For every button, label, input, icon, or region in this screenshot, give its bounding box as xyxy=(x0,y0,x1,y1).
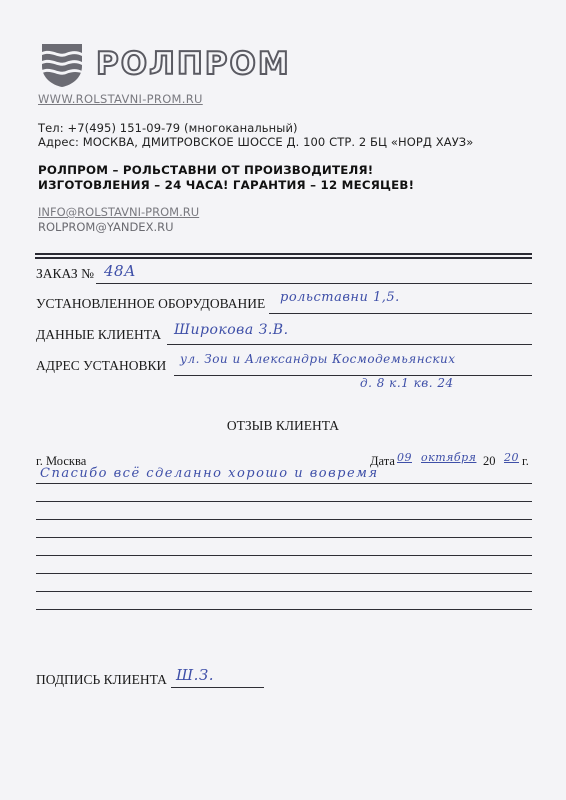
signature-value[interactable]: Ш.З. xyxy=(176,666,214,684)
shield-waves-icon xyxy=(40,42,84,88)
website-link[interactable]: WWW.ROLSTAVNI-PROM.RU xyxy=(38,92,203,106)
brand-logo-text: РОЛПРОМ xyxy=(96,44,291,84)
date-year-value[interactable]: 20 xyxy=(504,451,519,464)
phone-text: Тел: +7(495) 151-09-79 (многоканальный) xyxy=(38,121,298,135)
date-century-text: 20 xyxy=(483,454,496,469)
order-number-value[interactable]: 48А xyxy=(104,262,136,280)
review-line-7 xyxy=(36,591,532,592)
install-address-field-line xyxy=(174,375,532,376)
email-yandex-link[interactable]: ROLPROM@YANDEX.RU xyxy=(38,220,174,234)
date-day-value[interactable]: 09 xyxy=(397,451,412,464)
date-month-value[interactable]: октября xyxy=(421,451,476,464)
email-info-link[interactable]: INFO@ROLSTAVNI-PROM.RU xyxy=(38,205,199,219)
client-field-line xyxy=(167,344,532,345)
install-address-value-line-1[interactable]: ул. Зои и Александры Космодемьянских xyxy=(180,352,456,366)
order-label: ЗАКАЗ № xyxy=(36,266,94,282)
review-line-4 xyxy=(36,537,532,538)
review-text-value[interactable]: Спасибо всё сделанно хорошо и вовремя xyxy=(40,466,379,481)
client-label: ДАННЫЕ КЛИЕНТА xyxy=(36,327,161,343)
review-line-5 xyxy=(36,555,532,556)
client-value[interactable]: Широкова З.В. xyxy=(174,322,289,338)
review-line-2 xyxy=(36,501,532,502)
review-line-6 xyxy=(36,573,532,574)
signature-field-line xyxy=(171,687,264,688)
equipment-value[interactable]: рольставни 1,5. xyxy=(280,290,400,305)
review-line-1 xyxy=(36,483,532,484)
review-line-8 xyxy=(36,609,532,610)
slogan-line-1: РОЛПРОМ – РОЛЬСТАВНИ ОТ ПРОИЗВОДИТЕЛЯ! xyxy=(38,163,373,177)
slogan-line-2: ИЗГОТОВЛЕНИЯ – 24 ЧАСА! ГАРАНТИЯ – 12 МЕ… xyxy=(38,178,414,192)
equipment-field-line xyxy=(269,313,532,314)
install-address-label: АДРЕС УСТАНОВКИ xyxy=(36,358,166,374)
signature-label: ПОДПИСЬ КЛИЕНТА xyxy=(36,672,167,688)
install-address-value-line-2[interactable]: д. 8 к.1 кв. 24 xyxy=(360,376,454,390)
header-divider xyxy=(35,253,532,259)
equipment-label: УСТАНОВЛЕННОЕ ОБОРУДОВАНИЕ xyxy=(36,296,265,312)
address-text: Адрес: МОСКВА, ДМИТРОВСКОЕ ШОССЕ Д. 100 … xyxy=(38,135,473,149)
review-line-3 xyxy=(36,519,532,520)
order-field-line xyxy=(96,283,532,284)
date-suffix-text: г. xyxy=(522,454,529,469)
review-title: ОТЗЫВ КЛИЕНТА xyxy=(0,418,566,434)
